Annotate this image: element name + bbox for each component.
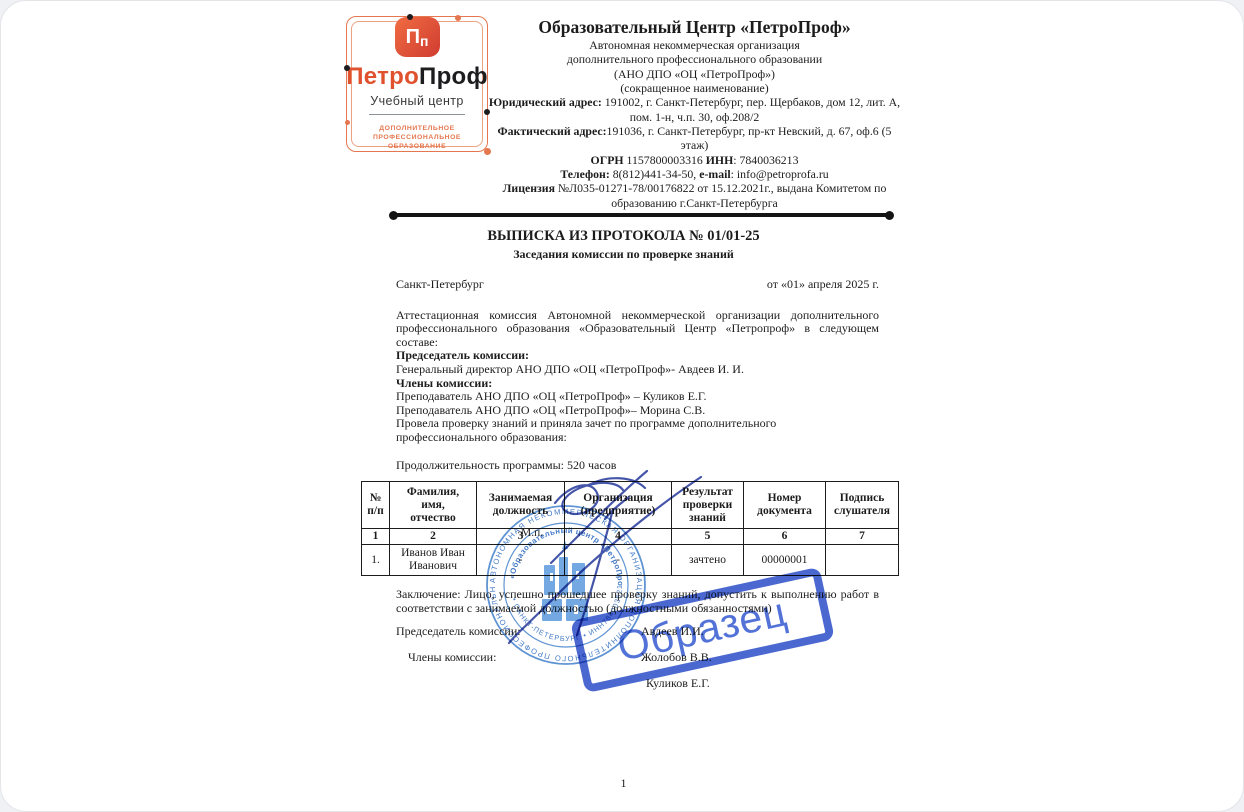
brand-part-petro: Петро — [346, 63, 419, 90]
action-line: Провела проверку знаний и приняла зачет … — [396, 417, 879, 444]
protocol-document: П п ПетроПроф Учебный центр ДОПОЛНИТЕЛЬН… — [346, 1, 901, 812]
org-line: (АНО ДПО «ОЦ «ПетроПроф») — [488, 67, 901, 81]
license-label: Лицензия — [503, 181, 555, 195]
header-divider — [393, 213, 890, 217]
inn-label: ИНН — [706, 153, 734, 167]
org-info-block: Образовательный Центр «ПетроПроф» Автоно… — [488, 16, 901, 210]
logo-decor-dot — [484, 109, 490, 115]
petroprof-logo: П п ПетроПроф Учебный центр ДОПОЛНИТЕЛЬН… — [346, 16, 488, 152]
col-number: 1 — [362, 529, 390, 545]
email-value: : info@petroprofa.ru — [731, 167, 829, 181]
members-label: Члены комиссии: — [396, 377, 879, 391]
logo-decor-dot — [345, 120, 350, 125]
logo-decor-dot — [455, 15, 461, 21]
email-label: e-mail — [699, 167, 730, 181]
ogrn-value: 1157800003316 — [624, 153, 706, 167]
org-line: дополнительного профессионального образо… — [488, 52, 901, 66]
logo-subtitle: Учебный центр — [370, 94, 464, 108]
actual-address-text: 191036, г. Санкт-Петербург, пр-кт Невски… — [607, 124, 892, 152]
phone-label: Телефон: — [560, 167, 609, 181]
member-line-1: Преподаватель АНО ДПО «ОЦ «ПетроПроф» – … — [396, 390, 879, 404]
chair-label-text: Председатель комиссии: — [396, 348, 529, 362]
logo-tagline-line2: ПРОФЕССИОНАЛЬНОЕ ОБРАЗОВАНИЕ — [347, 133, 487, 151]
brand-name: ПетроПроф — [346, 63, 488, 91]
petroprof-app-icon: П п — [395, 17, 440, 57]
member-line-2: Преподаватель АНО ДПО «ОЦ «ПетроПроф»– М… — [396, 404, 879, 418]
col-header-num: № п/п — [362, 482, 390, 529]
city-date-row: Санкт-Петербург от «01» апреля 2025 г. — [396, 277, 879, 292]
org-line-legal-address: Юридический адрес: 191002, г. Санкт-Пете… — [488, 95, 901, 124]
col-header-fio: Фамилия, имя, отчество — [390, 482, 477, 529]
logo-decor-dot — [484, 148, 491, 155]
date-label: от «01» апреля 2025 г. — [767, 277, 879, 292]
org-line: Автономная некоммерческая организация — [488, 38, 901, 52]
brand-part-prof: Проф — [419, 63, 488, 90]
org-line-actual-address: Фактический адрес:191036, г. Санкт-Петер… — [488, 124, 901, 153]
logo-tagline: ДОПОЛНИТЕЛЬНОЕ ПРОФЕССИОНАЛЬНОЕ ОБРАЗОВА… — [347, 124, 487, 151]
cell-fio: Иванов Иван Иванович — [390, 545, 477, 576]
ogrn-label: ОГРН — [591, 153, 624, 167]
letterhead: П п ПетроПроф Учебный центр ДОПОЛНИТЕЛЬН… — [346, 16, 901, 210]
page-number: 1 — [346, 776, 901, 791]
org-line: (сокращенное наименование) — [488, 81, 901, 95]
logo-tagline-line1: ДОПОЛНИТЕЛЬНОЕ — [347, 124, 487, 133]
org-title: Образовательный Центр «ПетроПроф» — [488, 17, 901, 38]
cell-signature — [826, 545, 899, 576]
org-line-license: Лицензия №Л035-01271-78/00176822 от 15.1… — [488, 181, 901, 210]
inn-value: : 7840036213 — [733, 153, 798, 167]
protocol-title: ВЫПИСКА ИЗ ПРОТОКОЛА № 01/01-25 — [346, 228, 901, 245]
sig-member2-name: Куликов Е.Г. — [646, 676, 710, 691]
city-label: Санкт-Петербург — [396, 277, 484, 292]
protocol-subtitle: Заседания комиссии по проверке знаний — [346, 247, 901, 262]
cell-num: 1. — [362, 545, 390, 576]
col-number: 7 — [826, 529, 899, 545]
chair-line: Генеральный директор АНО ДПО «ОЦ «ПетроП… — [396, 363, 879, 377]
logo-decor-dot — [407, 14, 413, 20]
col-header-docnum: Номер документа — [744, 482, 826, 529]
commission-intro: Аттестационная комиссия Автономной неком… — [396, 309, 879, 350]
chair-label: Председатель комиссии: — [396, 349, 879, 363]
document-card: П п ПетроПроф Учебный центр ДОПОЛНИТЕЛЬН… — [0, 0, 1244, 812]
phone-value: 8(812)441-34-50, — [610, 167, 699, 181]
col-number: 2 — [390, 529, 477, 545]
legal-address-text: 191002, г. Санкт-Петербург, пер. Щербако… — [602, 95, 900, 123]
org-line-contacts: Телефон: 8(812)441-34-50, e-mail: info@p… — [488, 167, 901, 181]
legal-address-label: Юридический адрес: — [489, 95, 602, 109]
members-label-text: Члены комиссии: — [396, 376, 492, 390]
logo-divider — [369, 114, 465, 115]
col-header-signature: Подпись слушателя — [826, 482, 899, 529]
logo-decor-dot — [344, 65, 350, 71]
logo-icon-letter: п — [420, 34, 428, 48]
actual-address-label: Фактический адрес: — [498, 124, 607, 138]
org-line-ogrn-inn: ОГРН 1157800003316 ИНН: 7840036213 — [488, 153, 901, 167]
col-number: 6 — [744, 529, 826, 545]
logo-icon-letter: П — [406, 27, 420, 47]
license-text: №Л035-01271-78/00176822 от 15.12.2021г.,… — [555, 181, 886, 209]
